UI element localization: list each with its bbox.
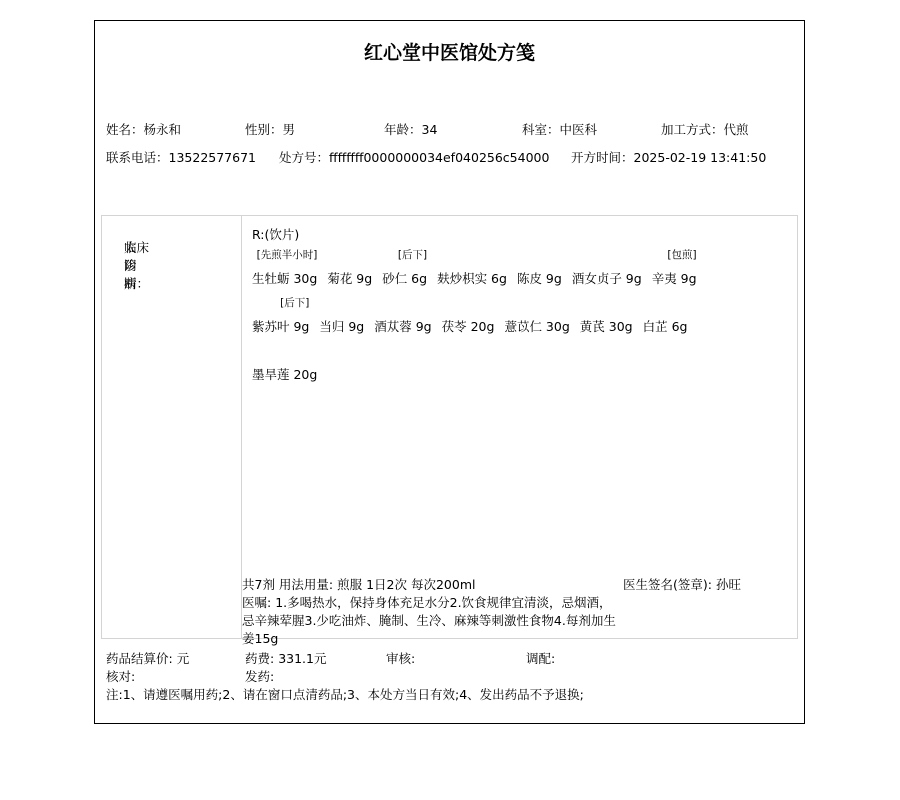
processing-method: 加工方式：代煎 <box>661 122 749 138</box>
advice-label: 医嘱: <box>242 595 275 610</box>
patient-name: 姓名：杨永和 <box>106 122 181 138</box>
department: 科室：中医科 <box>522 122 597 138</box>
diagnosis-value: 太阴病 <box>124 238 137 292</box>
herb-name: 酒女贞子 9g <box>572 271 642 286</box>
footer-note: 注:1、请遵医嘱用药;2、请在窗口点清药品;3、本处方当日有效;4、发出药品不予… <box>106 686 584 704</box>
herb-name: 茯苓 20g <box>442 319 495 334</box>
herb-item: 当归 9g <box>319 317 364 335</box>
herb-line-3: 墨旱莲 20g <box>252 343 787 391</box>
signature-label: 医生签名(签章): <box>623 577 716 592</box>
prescription-sheet: 红心堂中医馆处方笺 姓名：杨永和 性别：男 年龄：34 科室：中医科 加工方式：… <box>94 20 805 724</box>
review-field: 审核: <box>386 650 415 668</box>
prescription-box: 临床诊断：太阴病 R:(饮片) [先煎半小时]生牡蛎 30g菊花 9g[后下]砂… <box>101 215 798 639</box>
herb-note: [后下] <box>280 295 309 310</box>
prescription-time-label: 开方时间： <box>571 150 634 165</box>
signature-value: 孙旺 <box>716 577 741 592</box>
herb-name: 陈皮 9g <box>517 271 562 286</box>
processing-method-label: 加工方式： <box>661 122 724 137</box>
settlement-price-label: 药品结算价: <box>106 651 177 666</box>
issue-field: 发药: <box>245 668 274 686</box>
herb-name: 白芷 6g <box>643 319 688 334</box>
herb-note: [包煎] <box>667 247 696 262</box>
drug-fee: 药费: 331.1元 <box>245 650 326 668</box>
herb-name: 辛夷 9g <box>652 271 697 286</box>
herb-item: 茯苓 20g <box>442 317 495 335</box>
patient-age-value: 34 <box>422 122 438 137</box>
usage-text: 共7剂 用法用量: 煎服 1日2次 每次200ml <box>242 576 622 594</box>
drug-fee-label: 药费: <box>245 651 278 666</box>
diagnosis-column: 临床诊断：太阴病 <box>102 216 242 638</box>
herb-line-1: [先煎半小时]生牡蛎 30g菊花 9g[后下]砂仁 6g麸炒枳实 6g陈皮 9g… <box>252 247 787 295</box>
herb-line-2: [后下]紫苏叶 9g当归 9g酒苁蓉 9g茯苓 20g薏苡仁 30g黄芪 30g… <box>252 295 787 343</box>
herb-list: [先煎半小时]生牡蛎 30g菊花 9g[后下]砂仁 6g麸炒枳实 6g陈皮 9g… <box>252 247 787 391</box>
prescription-number-label: 处方号： <box>279 150 329 165</box>
dispense-field: 调配: <box>526 650 555 668</box>
prescription-area: R:(饮片) [先煎半小时]生牡蛎 30g菊花 9g[后下]砂仁 6g麸炒枳实 … <box>252 227 787 391</box>
herb-item: 菊花 9g <box>327 269 372 287</box>
herb-item: 墨旱莲 20g <box>252 365 317 383</box>
patient-gender-value: 男 <box>283 122 296 137</box>
herb-name: 当归 9g <box>319 319 364 334</box>
patient-gender-label: 性别： <box>245 122 283 137</box>
settlement-price-value: 元 <box>177 651 190 666</box>
herb-item: [包煎]辛夷 9g <box>652 269 697 287</box>
herb-name: 菊花 9g <box>327 271 372 286</box>
phone-value: 13522577671 <box>169 150 256 165</box>
patient-age: 年龄：34 <box>384 122 437 138</box>
drug-fee-value: 331.1元 <box>278 651 326 666</box>
patient-age-label: 年龄： <box>384 122 422 137</box>
department-value: 中医科 <box>560 122 598 137</box>
herb-item: 黄芪 30g <box>580 317 633 335</box>
department-label: 科室： <box>522 122 560 137</box>
advice-text: 1.多喝热水，保持身体充足水分2.饮食规律宜清淡，忌烟酒，忌辛辣荤腥3.少吃油炸… <box>242 595 616 646</box>
herb-item: 白芷 6g <box>643 317 688 335</box>
doctor-signature: 医生签名(签章): 孙旺 <box>623 576 741 594</box>
phone: 联系电话：13522577671 <box>106 150 256 166</box>
herb-item: [后下]砂仁 6g <box>382 269 427 287</box>
herb-item: 麸炒枳实 6g <box>437 269 507 287</box>
herb-name: 麸炒枳实 6g <box>437 271 507 286</box>
rx-header: R:(饮片) <box>252 227 787 243</box>
herb-name: 墨旱莲 20g <box>252 367 317 382</box>
herb-item: [先煎半小时]生牡蛎 30g <box>252 269 317 287</box>
herb-item: 酒苁蓉 9g <box>374 317 431 335</box>
herb-note: [后下] <box>398 247 427 262</box>
patient-name-value: 杨永和 <box>144 122 182 137</box>
herb-item: 薏苡仁 30g <box>504 317 569 335</box>
herb-name: 酒苁蓉 9g <box>374 319 431 334</box>
herb-name: 薏苡仁 30g <box>504 319 569 334</box>
herb-item: [后下]紫苏叶 9g <box>252 317 309 335</box>
check-field: 核对: <box>106 668 135 686</box>
prescription-time: 开方时间：2025-02-19 13:41:50 <box>571 150 766 166</box>
patient-name-label: 姓名： <box>106 122 144 137</box>
herb-item: 酒女贞子 9g <box>572 269 642 287</box>
page-title: 红心堂中医馆处方笺 <box>95 38 804 65</box>
herb-name: 砂仁 6g <box>382 271 427 286</box>
patient-gender: 性别：男 <box>245 122 295 138</box>
usage-and-advice: 共7剂 用法用量: 煎服 1日2次 每次200ml 医嘱: 1.多喝热水，保持身… <box>242 576 622 648</box>
herb-name: 生牡蛎 30g <box>252 271 317 286</box>
prescription-number-value: ffffffff0000000034ef040256c54000 <box>329 150 549 165</box>
doctor-advice: 医嘱: 1.多喝热水，保持身体充足水分2.饮食规律宜清淡，忌烟酒，忌辛辣荤腥3.… <box>242 594 622 648</box>
processing-method-value: 代煎 <box>724 122 749 137</box>
phone-label: 联系电话： <box>106 150 169 165</box>
prescription-number: 处方号：ffffffff0000000034ef040256c54000 <box>279 150 549 166</box>
prescription-time-value: 2025-02-19 13:41:50 <box>634 150 767 165</box>
herb-note: [先煎半小时] <box>257 247 318 262</box>
herb-name: 紫苏叶 9g <box>252 319 309 334</box>
settlement-price: 药品结算价: 元 <box>106 650 189 668</box>
herb-item: 陈皮 9g <box>517 269 562 287</box>
herb-name: 黄芪 30g <box>580 319 633 334</box>
